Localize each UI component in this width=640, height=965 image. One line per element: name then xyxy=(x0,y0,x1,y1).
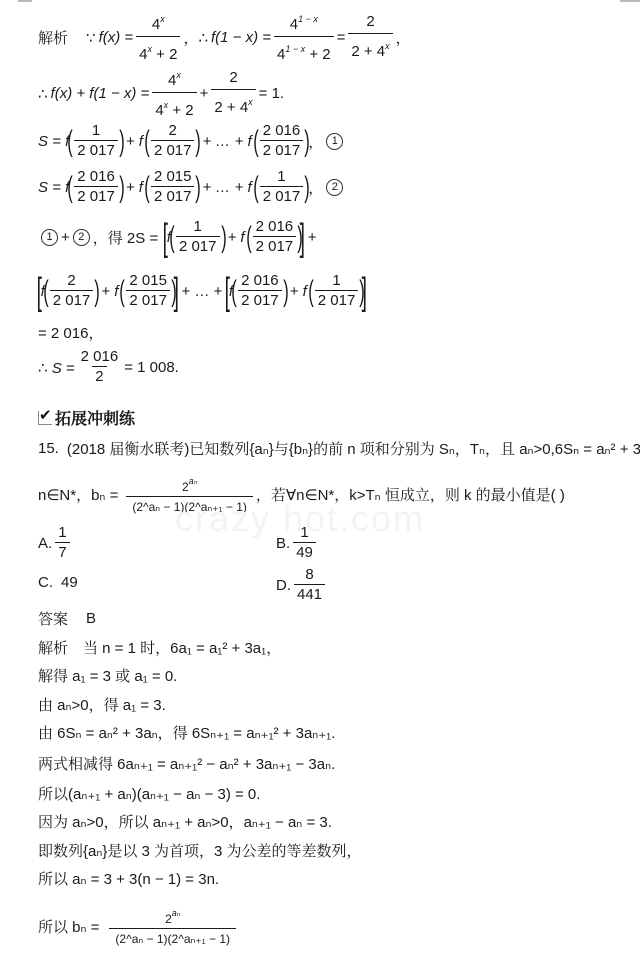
option-a[interactable]: A. 17 xyxy=(38,524,73,563)
fraction: 4x 4x + 2 xyxy=(136,8,180,67)
solution2-line: 解得 a₁ = 3 或 a₁ = 0. xyxy=(38,665,177,686)
solution-label: 解析 xyxy=(38,27,68,48)
option-c[interactable]: C. 49 xyxy=(38,574,78,591)
solution2-line: 即数列{aₙ}是以 3 为首项，3 为公差的等差数列， xyxy=(38,840,362,861)
circled-marker-1: 1 xyxy=(326,133,343,150)
fraction: 2 2 + 4x xyxy=(211,67,255,120)
solution1-line3: S = f (12 017) + f (22 017) + … + f (2 0… xyxy=(38,122,346,161)
solution1-line5: 1 + 2 ，得 2S = [ f (12 017) + f (2 0162 0… xyxy=(38,218,316,257)
solution2-line: 解析 当 n = 1 时，6a₁ = a₁² + 3a₁， xyxy=(38,637,281,658)
top-left-edge-line xyxy=(18,0,32,2)
solution2-line: 两式相减得 6aₙ₊₁ = aₙ₊₁² − aₙ² + 3aₙ₊₁ − 3aₙ. xyxy=(38,753,335,774)
fraction: 2 2 + 4x xyxy=(348,11,392,64)
solution2-last-line: 所以 bₙ = 2aₙ (2^aₙ − 1)(2^aₙ₊₁ − 1) xyxy=(38,904,239,949)
solution2-line: 所以(aₙ₊₁ + aₙ)(aₙ₊₁ − aₙ − 3) = 0. xyxy=(38,783,260,804)
checkmark-icon xyxy=(38,411,52,425)
fraction: 41 − x 41 − x + 2 xyxy=(274,8,334,67)
section-title: 拓展冲刺练 xyxy=(55,406,135,429)
solution2-line: 所以 aₙ = 3 + 3(n − 1) = 3n. xyxy=(38,868,219,889)
question-number: 15. xyxy=(38,440,59,457)
question-text: 已知数列{aₙ}与{bₙ}的前 n 项和分别为 Sₙ，Tₙ，且 aₙ>0,6Sₙ… xyxy=(189,438,640,459)
solution1-line2: ∴ f(x) + f(1 − x) = 4x 4x + 2 + 2 2 + 4x… xyxy=(38,64,284,123)
option-d[interactable]: D. 8441 xyxy=(276,566,328,605)
solution2-line: 由 aₙ>0，得 a₁ = 3. xyxy=(38,694,166,715)
section-heading: 拓展冲刺练 xyxy=(38,406,135,429)
fraction: 4x 4x + 2 xyxy=(152,64,196,123)
solution1-line1: 解析 ∵ f(x) = 4x 4x + 2 ，∴ f(1 − x) = 41 −… xyxy=(38,8,411,67)
answer-value: B xyxy=(86,610,96,627)
circled-marker-2: 2 xyxy=(326,179,343,196)
solution1-line4: S = f (2 0162 017) + f (2 0152 017) + … … xyxy=(38,168,346,207)
question-source: (2018 届衡水联考) xyxy=(67,438,190,459)
solution1-line7: = 2 016， xyxy=(38,322,103,343)
solution1-line6: [ f (22 017) + f (2 0152 017) ] + … + [ … xyxy=(38,272,366,311)
option-b[interactable]: B. 149 xyxy=(276,524,319,563)
solution2-line: 因为 aₙ>0，所以 aₙ₊₁ + aₙ>0，aₙ₊₁ − aₙ = 3. xyxy=(38,811,332,832)
answer-label: 答案 xyxy=(38,608,68,629)
solution2-line: 由 6Sₙ = aₙ² + 3aₙ，得 6Sₙ₊₁ = aₙ₊₁² + 3aₙ₊… xyxy=(38,722,335,743)
answer-line: 答案 B xyxy=(38,608,96,629)
top-right-edge-line xyxy=(620,0,640,2)
solution1-line8: ∴ S = 2 0162 = 1 008. xyxy=(38,348,179,387)
question-line1: 15. (2018 届衡水联考) 已知数列{aₙ}与{bₙ}的前 n 项和分别为… xyxy=(38,438,640,459)
